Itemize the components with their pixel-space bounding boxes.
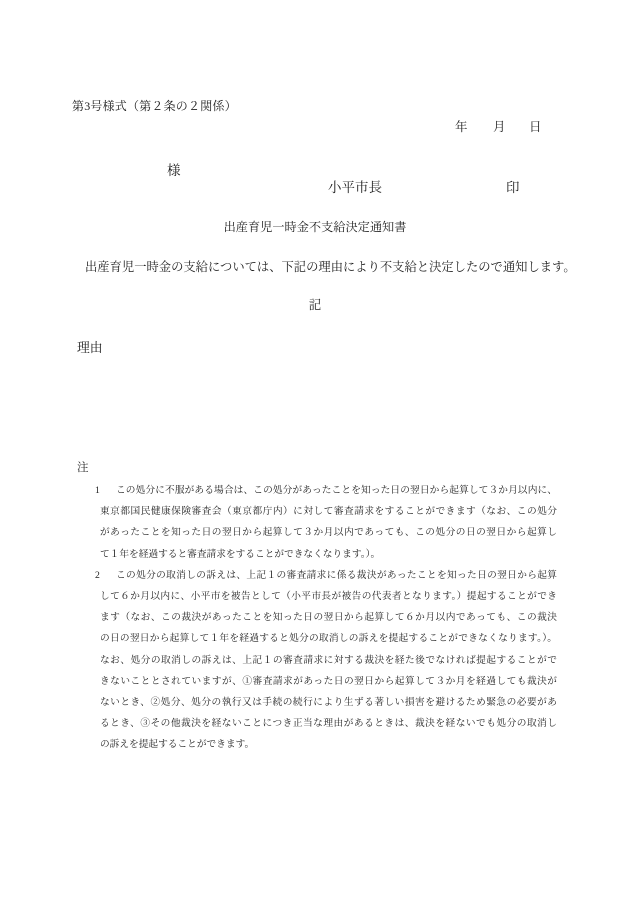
note-item-1-number: 1: [95, 480, 100, 501]
note-item-2-number: 2: [95, 565, 100, 586]
notes-list: 1 この処分に不服がある場合は、この処分があったことを知った日の翌日から起算して…: [0, 480, 630, 756]
date-day-label: 日: [529, 117, 542, 135]
note-item-2-line-3: ます（なお、この裁決があったことを知った日の翌日から起算して６か月以内であっても…: [100, 607, 557, 628]
note-item-1-text: この処分に不服がある場合は、この処分があったことを知った日の翌日から起算して３か…: [116, 485, 557, 496]
notes-label: 注: [77, 459, 89, 475]
document-page: 第3号様式（第２条の２関係） 年 月 日 様 小平市長 印 出産育児一時金不支給…: [0, 0, 630, 903]
note-item-2-text: この処分の取消しの訴えは、上記１の審査請求に係る裁決があったことを知った日の翌日…: [116, 570, 557, 581]
addressee-honorific: 様: [167, 159, 181, 179]
reason-label: 理由: [77, 337, 103, 356]
note-item-2-line-1: 2 この処分の取消しの訴えは、上記１の審査請求に係る裁決があったことを知った日の…: [95, 565, 557, 586]
issuer-title: 小平市長: [328, 176, 382, 196]
notice-body-text: 出産育児一時金の支給については、下記の理由により不支給と決定したので通知します。: [85, 257, 576, 275]
note-item-1-line-4: て１年を経過すると審査請求をすることができなくなります。）。: [100, 544, 557, 565]
date-month-label: 月: [493, 117, 506, 135]
form-number: 第3号様式（第２条の２関係）: [72, 97, 237, 114]
note-item-1-line-3: があったことを知った日の翌日から起算して３か月以内であっても、この処分の日の翌日…: [100, 522, 557, 543]
note-item-1-line-1: 1 この処分に不服がある場合は、この処分があったことを知った日の翌日から起算して…: [95, 480, 557, 501]
record-marker: 記: [0, 295, 630, 313]
note-item-1-line-2: 東京都国民健康保険審査会（東京都庁内）に対して審査請求をすることができます（なお…: [100, 501, 557, 522]
note-item-2-line-8: るとき、③その他裁決を経ないことにつき正当な理由があるときは、裁決を経ないでも処…: [100, 713, 557, 734]
date-year-label: 年: [455, 117, 468, 135]
seal-placeholder: 印: [506, 176, 520, 196]
note-item-2-line-6: きないこととされていますが、①審査請求があった日の翌日から起算して３か月を経過し…: [100, 671, 557, 692]
note-item-2-line-9: の訴えを提起することができます。: [100, 734, 557, 755]
note-item-2-line-4: の日の翌日から起算して１年を経過すると処分の取消しの訴えを提起することができなく…: [100, 628, 557, 649]
page-title: 出産育児一時金不支給決定通知書: [0, 218, 630, 235]
note-item-2-line-7: ないとき、②処分、処分の執行又は手続の続行により生ずる著しい損害を避けるため緊急…: [100, 692, 557, 713]
note-item-2-line-2: して６か月以内に、小平市を被告として（小平市長が被告の代表者となります。）提起す…: [100, 586, 557, 607]
note-item-2-line-5: なお、処分の取消しの訴えは、上記１の審査請求に対する裁決を経た後でなければ提起す…: [100, 650, 557, 671]
